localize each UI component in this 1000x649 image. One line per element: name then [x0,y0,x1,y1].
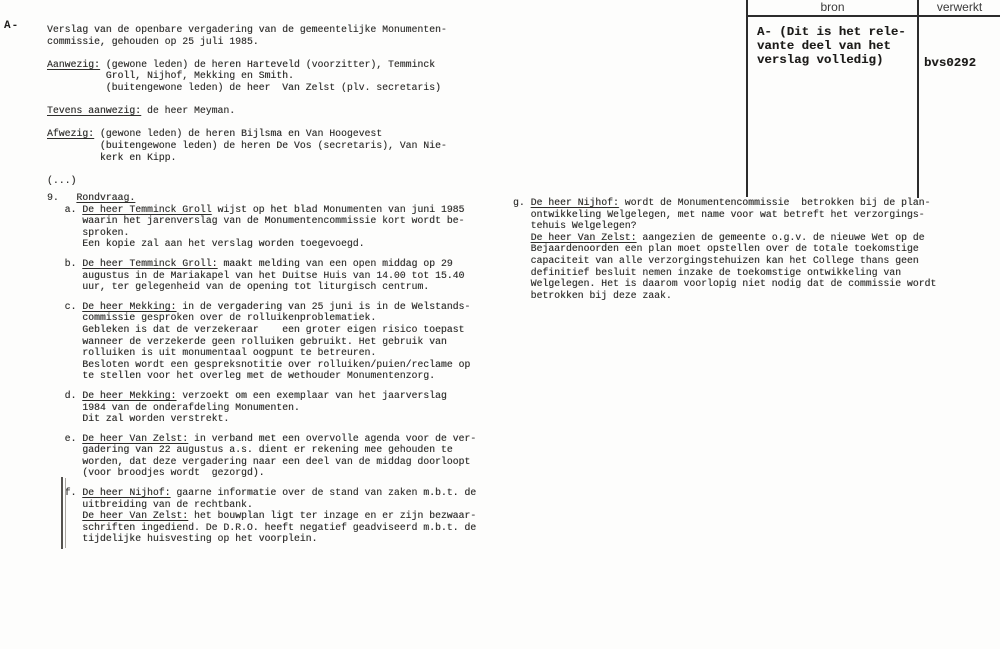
text-line: kerk en Kipp. [47,152,447,164]
text-line: vante deel van het [757,39,906,53]
verwerkt-column-header: verwerkt [919,0,1000,15]
text-line: sproken. [47,227,476,239]
text-line: gadering van 22 augustus a.s. dient er r… [47,444,476,456]
minutes-right-column: g. De heer Nijhof: wordt de Monumentenco… [513,197,936,301]
text-line: betrokken bij deze zaak. [513,290,936,302]
text-line: 1984 van de onderafdeling Monumenten. [47,402,476,414]
text-line: te stellen voor het overleg met de wetho… [47,370,476,382]
text-line: f. De heer Nijhof: gaarne informatie ove… [47,487,476,499]
text-line: Besloten wordt een gespreksnotitie over … [47,359,476,371]
text-line: e. De heer Van Zelst: in verband met een… [47,433,476,445]
blank-line [47,47,447,59]
table-border-vertical-left [746,0,748,197]
text-line: wanneer de verzekerde geen rolluiken geb… [47,336,476,348]
text-line: worden, dat deze vergadering naar een de… [47,456,476,468]
minutes-left-column: 9. Rondvraag. a. De heer Temminck Groll … [47,192,476,545]
text-line: commissie gesproken over de rolluikenpro… [47,312,476,324]
text-line: waarin het jarenverslag van de Monumente… [47,215,476,227]
text-line: A- (Dit is het rele- [757,25,906,39]
text-line: g. De heer Nijhof: wordt de Monumentenco… [513,197,936,209]
text-line: Tevens aanwezig: de heer Meyman. [47,105,447,117]
margin-mark-line [61,477,63,549]
text-line: tijdelijke huisvesting op het voorplein. [47,533,476,545]
blank-line [47,117,447,129]
text-line: d. De heer Mekking: verzoekt om een exem… [47,390,476,402]
bron-column-header: bron [748,0,917,15]
text-line: (buitengewone leden) de heer Van Zelst (… [47,82,447,94]
blank-line [47,163,447,175]
table-border-vertical-middle [917,0,919,198]
text-line: Bejaardenoorden een plan moet opstellen … [513,243,936,255]
text-line: schriften ingediend. De D.R.O. heeft neg… [47,522,476,534]
blank-line [47,293,476,301]
verwerkt-cell-code: bvs0292 [924,56,976,70]
text-line: Gebleken is dat de verzekeraar een grote… [47,324,476,336]
blank-line [47,382,476,390]
text-line: b. De heer Temminck Groll: maakt melding… [47,258,476,270]
margin-label: A- [4,20,19,32]
text-line: De heer Van Zelst: aangezien de gemeente… [513,232,936,244]
blank-line [47,425,476,433]
scanned-document-page: A- bron verwerkt A- (Dit is het rele-van… [0,0,1000,649]
text-line: Aanwezig: (gewone leden) de heren Hartev… [47,59,447,71]
text-line: commissie, gehouden op 25 juli 1985. [47,36,447,48]
text-line: augustus in de Mariakapel van het Duitse… [47,270,476,282]
text-line: De heer Van Zelst: het bouwplan ligt ter… [47,510,476,522]
margin-mark-line-shadow [65,478,66,548]
text-line: 9. Rondvraag. [47,192,476,204]
text-line: tehuis Welgelegen? [513,220,936,232]
blank-line [47,479,476,487]
text-line: a. De heer Temminck Groll wijst op het b… [47,204,476,216]
blank-line [47,94,447,106]
text-line: (...) [47,175,447,187]
blank-line [47,250,476,258]
text-line: Afwezig: (gewone leden) de heren Bijlsma… [47,128,447,140]
text-line: Groll, Nijhof, Mekking en Smith. [47,70,447,82]
text-line: capaciteit van alle verzorgingstehuizen … [513,255,936,267]
text-line: ontwikkeling Welgelegen, met name voor w… [513,209,936,221]
text-line: uur, ter gelegenheid van de opening tot … [47,281,476,293]
text-line: uitbreiding van de rechtbank. [47,499,476,511]
text-line: Verslag van de openbare vergadering van … [47,24,447,36]
text-line: verslag volledig) [757,53,906,67]
text-line: definitief besluit nemen inzake de toeko… [513,267,936,279]
text-line: (buitengewone leden) de heren De Vos (se… [47,140,447,152]
text-line: rolluiken is uit monumentaal oogpunt te … [47,347,476,359]
text-line: c. De heer Mekking: in de vergadering va… [47,301,476,313]
bron-cell-note: A- (Dit is het rele-vante deel van hetve… [757,25,906,67]
table-header-rule [746,15,1000,17]
text-line: Welgelegen. Het is daarom voorlopig niet… [513,278,936,290]
text-line: (voor broodjes wordt gezorgd). [47,467,476,479]
text-line: Een kopie zal aan het verslag worden toe… [47,238,476,250]
text-line: Dit zal worden verstrekt. [47,413,476,425]
meeting-header-block: Verslag van de openbare vergadering van … [47,24,447,186]
